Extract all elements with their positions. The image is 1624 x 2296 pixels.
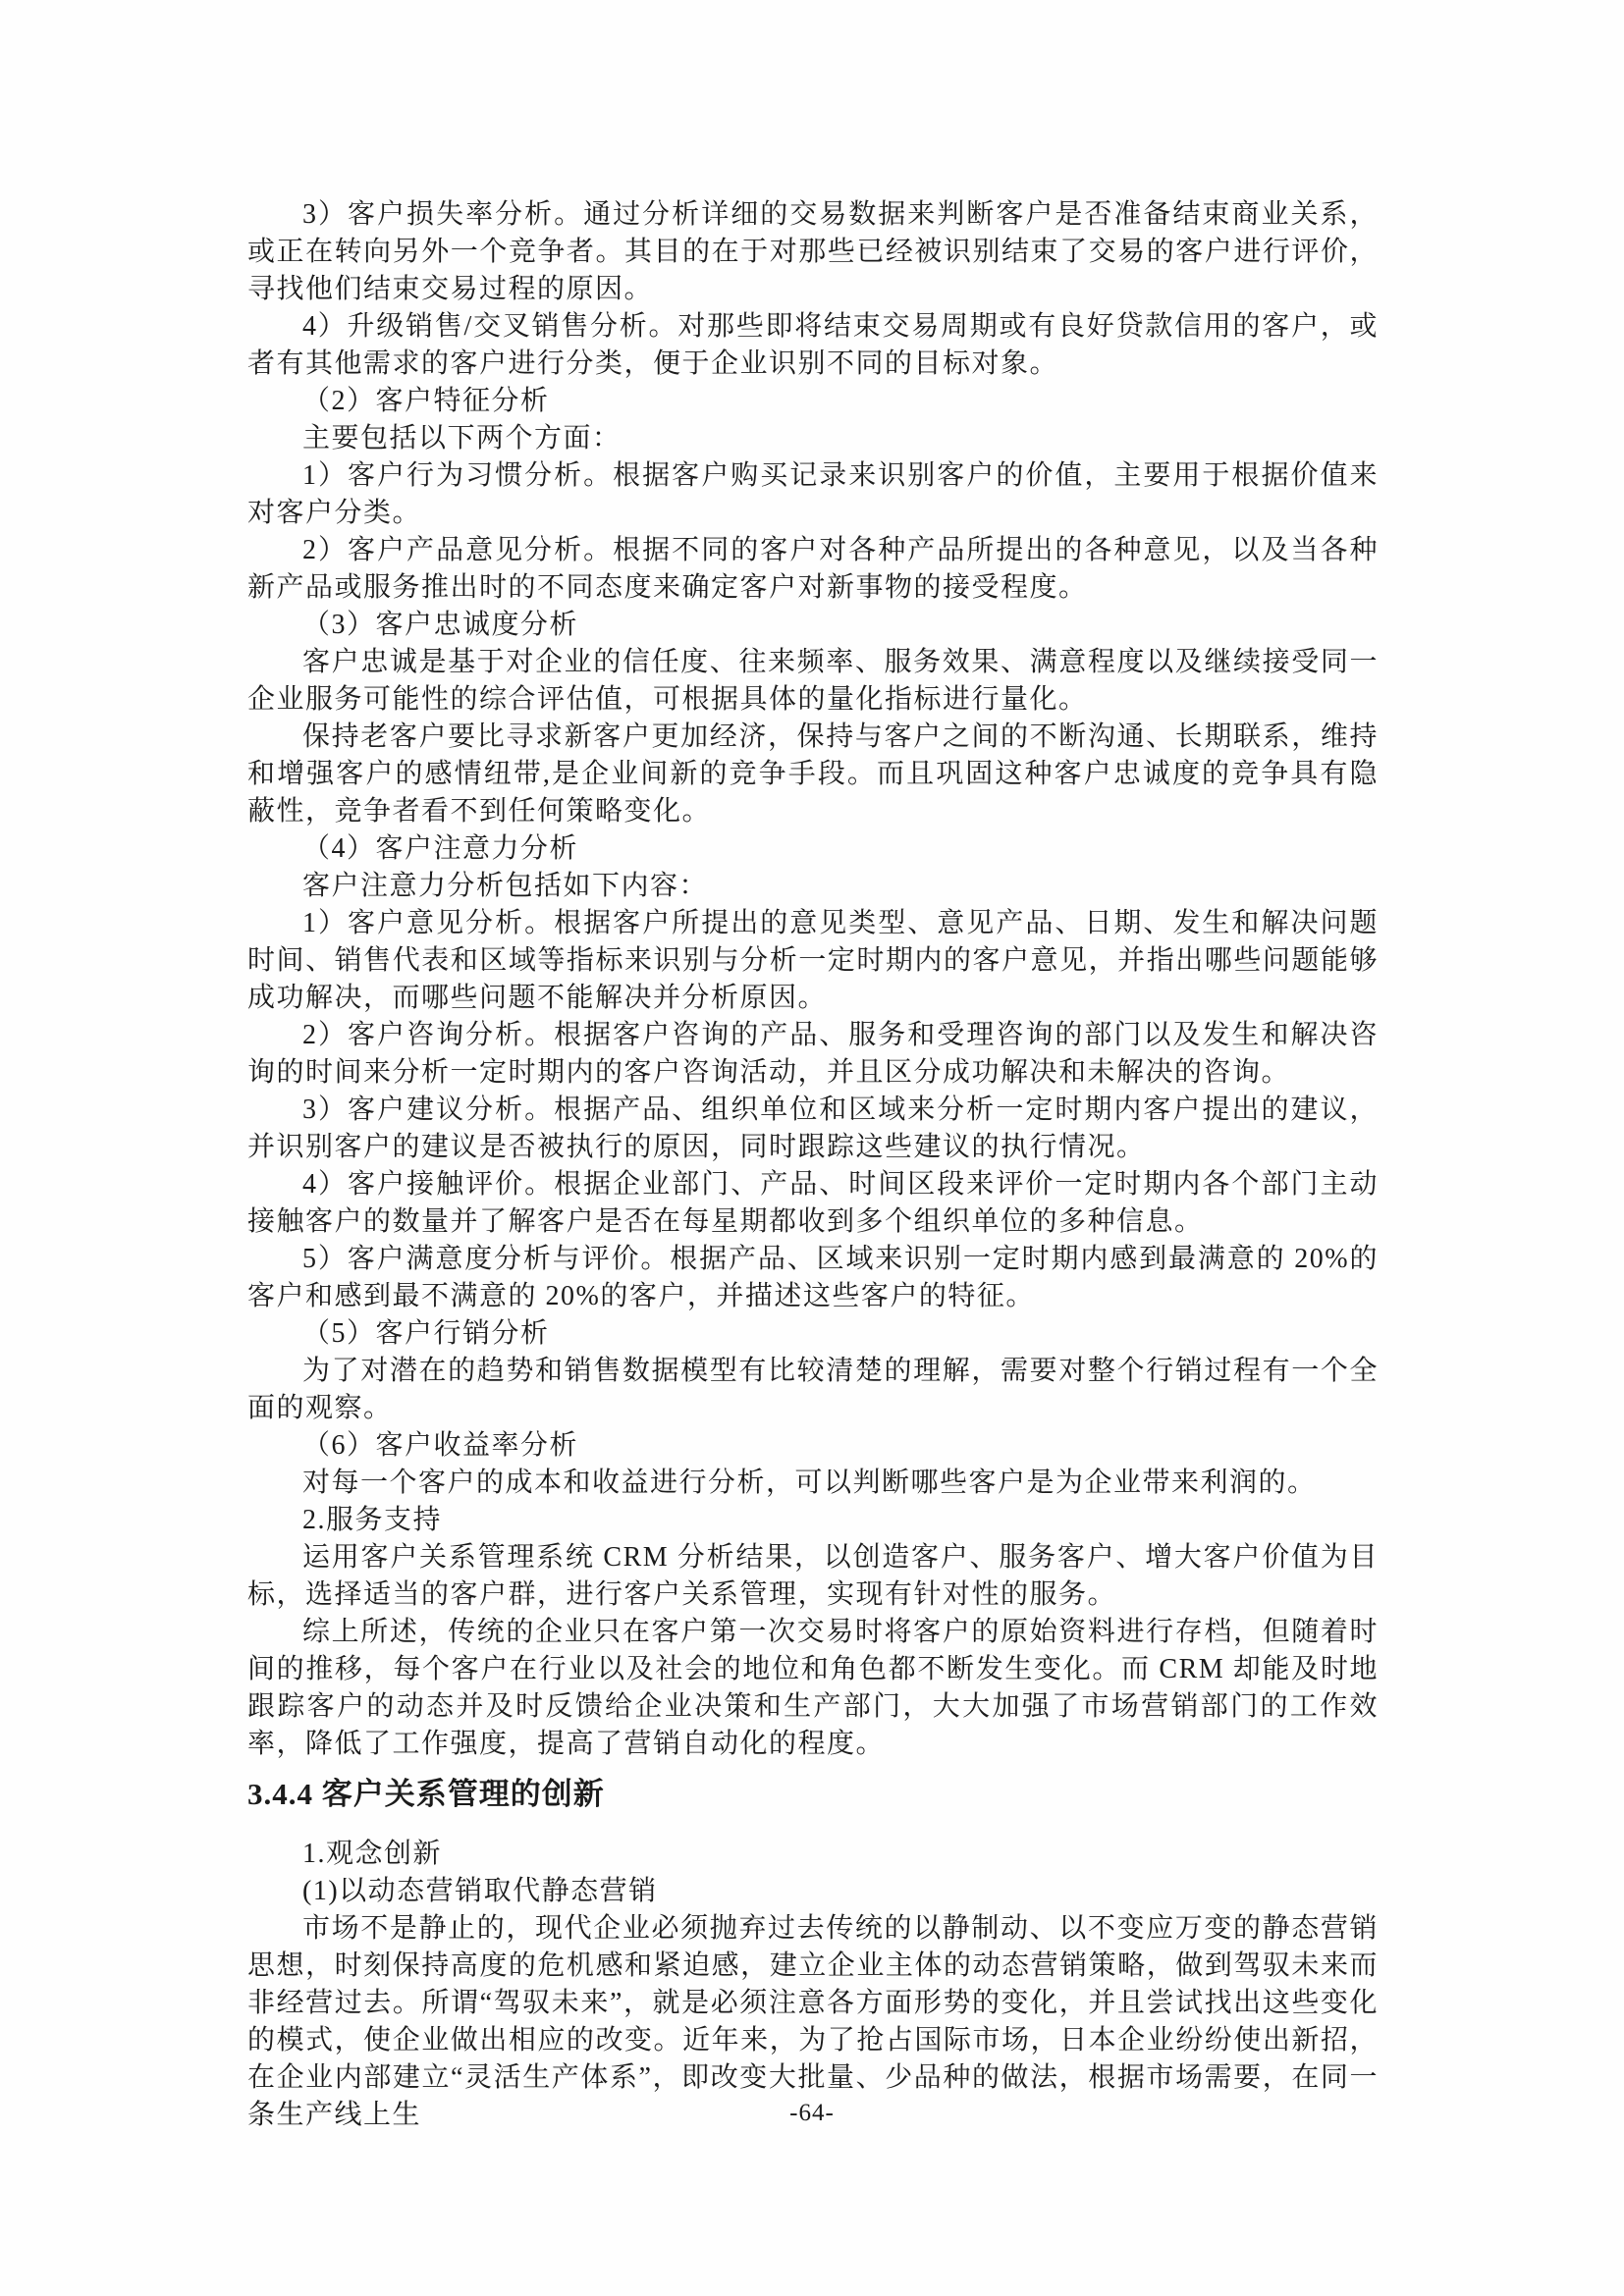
body-paragraph: 4）升级销售/交叉销售分析。对那些即将结束交易周期或有良好贷款信用的客户，或者有… (247, 308, 1379, 383)
body-paragraph: 1）客户意见分析。根据客户所提出的意见类型、意见产品、日期、发生和解决问题时间、… (247, 905, 1379, 1017)
body-paragraph: （5）客户行销分析 (247, 1315, 1379, 1353)
body-paragraph: 对每一个客户的成本和收益进行分析，可以判断哪些客户是为企业带来利润的。 (247, 1465, 1379, 1502)
page-number: -64- (0, 2099, 1624, 2128)
body-paragraph: 保持老客户要比寻求新客户更加经济，保持与客户之间的不断沟通、长期联系，维持和增强… (247, 719, 1379, 830)
body-paragraph: 1）客户行为习惯分析。根据客户购买记录来识别客户的价值，主要用于根据价值来对客户… (247, 457, 1379, 532)
body-paragraph: 2）客户产品意见分析。根据不同的客户对各种产品所提出的各种意见，以及当各种新产品… (247, 532, 1379, 607)
section-heading: 3.4.4 客户关系管理的创新 (247, 1773, 1379, 1816)
body-paragraph: （4）客户注意力分析 (247, 830, 1379, 868)
body-paragraph: 4）客户接触评价。根据企业部门、产品、时间区段来评价一定时期内各个部门主动接触客… (247, 1166, 1379, 1241)
body-paragraph: 3）客户损失率分析。通过分析详细的交易数据来判断客户是否准备结束商业关系，或正在… (247, 196, 1379, 308)
body-paragraph: (1)以动态营销取代静态营销 (247, 1873, 1379, 1910)
body-paragraph: 2）客户咨询分析。根据客户咨询的产品、服务和受理咨询的部门以及发生和解决咨询的时… (247, 1017, 1379, 1092)
body-paragraph: 为了对潜在的趋势和销售数据模型有比较清楚的理解，需要对整个行销过程有一个全面的观… (247, 1353, 1379, 1427)
body-paragraph: 客户注意力分析包括如下内容： (247, 868, 1379, 905)
body-paragraph: 综上所述，传统的企业只在客户第一次交易时将客户的原始资料进行存档，但随着时间的推… (247, 1614, 1379, 1763)
body-paragraph: 3）客户建议分析。根据产品、组织单位和区域来分析一定时期内客户提出的建议，并识别… (247, 1092, 1379, 1166)
body-paragraph: 主要包括以下两个方面： (247, 420, 1379, 457)
body-paragraph: （6）客户收益率分析 (247, 1427, 1379, 1465)
body-paragraph: 5）客户满意度分析与评价。根据产品、区域来识别一定时期内感到最满意的 20%的客… (247, 1241, 1379, 1315)
body-paragraph: 1.观念创新 (247, 1836, 1379, 1873)
body-paragraph: 客户忠诚是基于对企业的信任度、往来频率、服务效果、满意程度以及继续接受同一企业服… (247, 644, 1379, 719)
body-paragraph: （3）客户忠诚度分析 (247, 607, 1379, 644)
document-page: 3）客户损失率分析。通过分析详细的交易数据来判断客户是否准备结束商业关系，或正在… (0, 0, 1624, 2296)
body-paragraph: 2.服务支持 (247, 1502, 1379, 1539)
body-paragraph: （2）客户特征分析 (247, 383, 1379, 420)
body-paragraph: 运用客户关系管理系统 CRM 分析结果，以创造客户、服务客户、增大客户价值为目标… (247, 1539, 1379, 1614)
page-body: 3）客户损失率分析。通过分析详细的交易数据来判断客户是否准备结束商业关系，或正在… (247, 196, 1379, 2134)
